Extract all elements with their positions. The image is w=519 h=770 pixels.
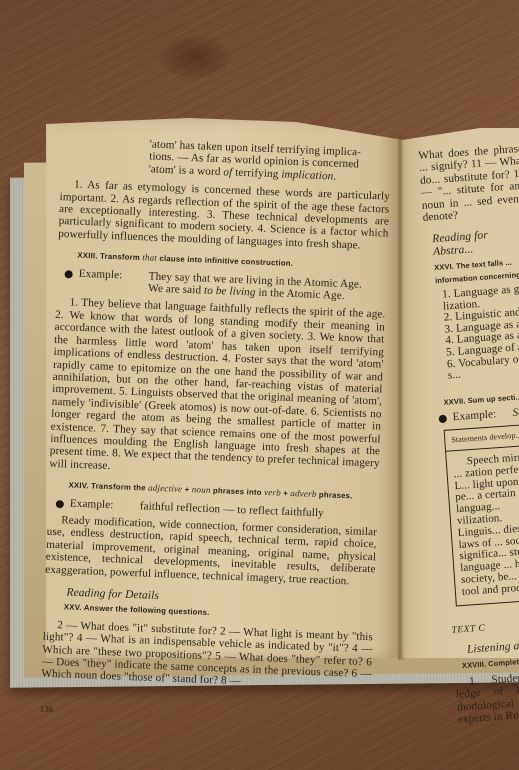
exercise-number: XXVII.	[443, 396, 465, 407]
exercise-xxiv-body: Ready modification, wide connection, for…	[45, 514, 377, 589]
list-item: 6. Vocabulary of s...	[447, 353, 519, 382]
text-span: in the Atomic Age.	[255, 287, 345, 302]
text-span: Sum up secti...	[467, 392, 519, 405]
text-span: We are said	[148, 282, 204, 296]
text-span: verb	[264, 487, 281, 498]
exercise-number: XXVI.	[434, 262, 454, 272]
text-span: Transform	[100, 252, 143, 263]
text-span: phrases.	[316, 490, 352, 500]
text-c-label: TEXT C	[451, 617, 519, 637]
exercise-xxvi-list: 1. Language as g... lization. 2. Linguis…	[428, 283, 519, 383]
left-page-text: 'atom' has taken upon itself terrifying …	[40, 135, 392, 727]
text-span: phrases into	[210, 486, 264, 497]
text-span: Transform the	[91, 482, 148, 493]
exercise-xxvi-heading: XXVI. The text falls ... information con…	[434, 256, 519, 288]
example-label: Example:	[452, 407, 513, 424]
text-span: The text falls ...	[456, 258, 512, 271]
example-text: Sec...	[512, 406, 519, 420]
wood-knot	[160, 35, 230, 80]
listening-title: Listening and ...	[467, 637, 519, 656]
exercise-number: XXIII.	[77, 251, 98, 261]
text-span: adverb	[290, 488, 317, 499]
text-span: implication	[281, 168, 333, 182]
page-number: 136	[40, 702, 370, 727]
example-label: Example:	[70, 497, 140, 512]
text-span: +	[281, 489, 291, 498]
exercise-xxv-body: 2 — What does "it" substitute for? 2 — W…	[41, 618, 373, 693]
statements-box: Statements develop... Speech mirrors ...…	[444, 423, 519, 606]
reading-for-abstract-title: Reading for Abstra...	[432, 227, 519, 259]
paragraph-1: 1. As far as etymology is concerned thes…	[58, 178, 390, 253]
example-text: faithful reflection — to reflect faithfu…	[140, 500, 325, 519]
text-span: Complete...	[488, 657, 519, 669]
box-body: Speech mirrors ... zation perfectly. L..…	[446, 445, 519, 605]
example-label: Example:	[78, 267, 148, 282]
exercise-xxviii-heading: XXVIII. Complete...	[462, 654, 519, 673]
text-span: clause into infinitive construction.	[157, 254, 293, 268]
right-top-block: What does the phrase ... signify? 11 — W…	[418, 143, 519, 225]
bullet-icon	[65, 270, 73, 278]
text-span: information concerning:	[435, 270, 519, 285]
exercise-xxiii-body: 1. They believe that language faithfully…	[49, 296, 385, 482]
text-span: 'atom' is a word	[149, 163, 224, 178]
bullet-icon	[439, 415, 448, 424]
text-span: terrifying	[232, 166, 281, 180]
text-span: noun	[192, 484, 211, 495]
text-span: Answer the following questions.	[84, 604, 210, 618]
exercise-number: XXVIII.	[462, 660, 487, 671]
text-span: .	[333, 170, 336, 182]
text-span: that	[142, 252, 157, 263]
bullet-icon	[56, 500, 64, 508]
text-span: adjective	[148, 483, 183, 494]
exercise-xxvii-heading: XXVII. Sum up secti...	[443, 390, 519, 409]
exercise-number: XXIV.	[68, 481, 89, 491]
exercise-xxviii-body: 1. Students fr... ledge of Russian... th…	[455, 669, 519, 726]
example-text: They say that we are living in the Atomi…	[148, 270, 362, 303]
text-span: to be living	[204, 285, 256, 299]
book-gutter	[398, 135, 406, 660]
exercise-number: XXV.	[64, 603, 82, 613]
